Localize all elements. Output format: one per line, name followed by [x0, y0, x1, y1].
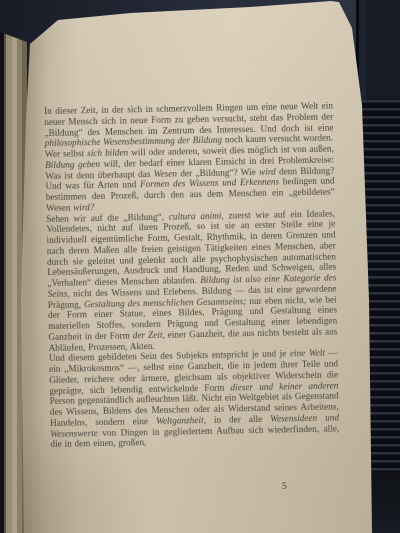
text-segment: Weltganzheit, [156, 415, 206, 426]
text-block: In dieser Zeit, in der sich in schmerzvo… [44, 100, 340, 449]
book-page: In dieser Zeit, in der sich in schmerzvo… [0, 0, 400, 533]
text-segment: In dieser Zeit, in der sich in schmerzvo… [44, 100, 334, 137]
page-number: 5 [282, 482, 287, 492]
text-segment: eine Welt [290, 348, 325, 359]
paragraph: Und diesem gebildeten Sein des Subjekts … [49, 348, 340, 450]
paragraph: Sehen wir auf die „Bildung“, cultura ani… [46, 208, 338, 353]
text-segment: Bildung geben [45, 159, 100, 170]
photo-of-book-page: In dieser Zeit, in der sich in schmerzvo… [0, 0, 400, 533]
text-segment: in der alle [206, 413, 270, 424]
paragraph: In dieser Zeit, in der sich in schmerzvo… [44, 100, 334, 149]
text-segment: sich bilden [87, 147, 128, 158]
text-segment: Wesen [154, 168, 178, 178]
text-segment: wird [259, 166, 276, 176]
paragraph: Wer selbst sich bilden will oder anderen… [45, 143, 335, 213]
text-segment: wird? [73, 202, 95, 212]
text-segment: Wer selbst [45, 148, 87, 159]
text-segment: der „Bildung“? Wie [177, 166, 259, 178]
text-segment: cultura animi [169, 210, 222, 221]
text-segment: der Zeit, [133, 329, 165, 340]
